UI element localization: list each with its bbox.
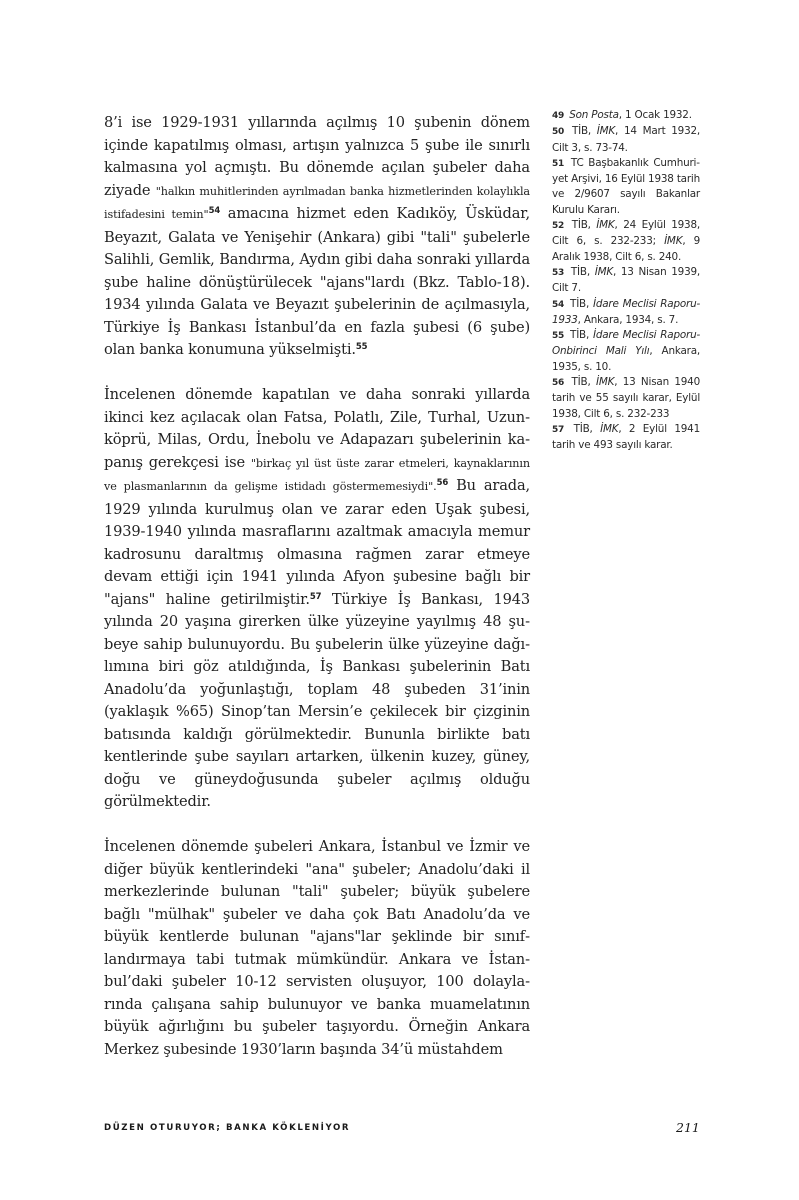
footnote-number: 53 xyxy=(552,268,564,278)
footnote-reference: 55 xyxy=(356,342,368,352)
footnote-number: 49 xyxy=(552,111,564,121)
footnote-reference: 56 xyxy=(437,478,449,488)
citation-title: İMK xyxy=(664,235,682,247)
footnote-number: 57 xyxy=(552,425,564,435)
footnote-reference: 54 xyxy=(209,206,221,216)
footnote-number: 50 xyxy=(552,127,564,137)
footnote-text: TİB, İdare Meclisi Rapo­ru-1933, Ankara,… xyxy=(552,298,700,326)
side-notes: 49 Son Posta, 1 Ocak 1932. 50 TİB, İMK, … xyxy=(552,108,700,454)
citation-title: İMK xyxy=(596,376,614,388)
footnote-number: 55 xyxy=(552,331,564,341)
paragraph: 8’i ise 1929-1931 yıllarında açılmış 10 … xyxy=(104,112,530,362)
footnote: 49 Son Posta, 1 Ocak 1932. xyxy=(552,108,700,124)
citation-title: İMK xyxy=(600,423,618,435)
citation-text: TİB, xyxy=(570,298,593,310)
footnote-reference: 57 xyxy=(310,592,322,602)
body-text: 8’i ise 1929-1931 yıllarında açılmış 10 … xyxy=(104,112,530,1084)
citation-text: TC Başbakanlık Cumhuri­yet Arşivi, 16 Ey… xyxy=(552,157,700,216)
citation-title: Son Posta xyxy=(569,109,619,121)
footnote-number: 56 xyxy=(552,378,564,388)
footnote-text: TİB, İMK, 13 Nisan 1940 tarih ve 55 sayı… xyxy=(552,376,700,420)
citation-text: TİB, xyxy=(571,266,595,278)
text-run: amacına hizmet eden Kadıköy, Üsküdar, Be… xyxy=(104,205,530,358)
footnote-text: TİB, İMK, 14 Mart 1932, Cilt 3, s. 73-74… xyxy=(552,125,700,153)
citation-text: TİB, xyxy=(570,329,593,341)
footnote-number: 54 xyxy=(552,300,564,310)
text-run: Bu arada, 1929 yılında kurulmuş olan ve … xyxy=(104,477,530,608)
footnote-text: TİB, İMK, 24 Eylül 1938, Cilt 6, s. 232-… xyxy=(552,219,700,263)
citation-title: İMK xyxy=(595,266,613,278)
running-title: DÜZEN OTURUYOR; BANKA KÖKLENİYOR xyxy=(104,1123,350,1133)
text-run: İncelenen dönemde şubeleri Ankara, İstan… xyxy=(104,838,530,1058)
citation-text: TİB, xyxy=(572,125,597,137)
page-number: 211 xyxy=(676,1120,700,1135)
footnote: 57 TİB, İMK, 2 Eylül 1941 tarih ve 493 s… xyxy=(552,422,700,454)
footnote-number: 52 xyxy=(552,221,564,231)
footnote: 53 TİB, İMK, 13 Nisan 1939, Cilt 7. xyxy=(552,265,700,297)
citation-title: İMK xyxy=(597,125,615,137)
footnote: 54 TİB, İdare Meclisi Rapo­ru-1933, Anka… xyxy=(552,297,700,329)
citation-text: , Ankara, 1934, s. 7. xyxy=(578,314,679,326)
paragraph: İncelenen dönemde kapatılan ve daha sonr… xyxy=(104,384,530,814)
footnote-text: TİB, İMK, 13 Nisan 1939, Cilt 7. xyxy=(552,266,700,294)
footnote-number: 51 xyxy=(552,159,564,169)
text-run: Türkiye İş Bankası, 1943 yılında 20 yaşı… xyxy=(104,591,530,811)
footnote-text: TİB, İMK, 2 Eylül 1941 tarih ve 493 sayı… xyxy=(552,423,700,451)
paragraph: İncelenen dönemde şubeleri Ankara, İstan… xyxy=(104,836,530,1061)
citation-title: İMK xyxy=(596,219,614,231)
footnote: 56 TİB, İMK, 13 Nisan 1940 tarih ve 55 s… xyxy=(552,375,700,422)
footnote: 51 TC Başbakanlık Cumhuri­yet Arşivi, 16… xyxy=(552,156,700,218)
footnote: 50 TİB, İMK, 14 Mart 1932, Cilt 3, s. 73… xyxy=(552,124,700,156)
citation-text: , 1 Ocak 1932. xyxy=(619,109,692,121)
footnote-text: TC Başbakanlık Cumhuri­yet Arşivi, 16 Ey… xyxy=(552,157,700,216)
footnote: 52 TİB, İMK, 24 Eylül 1938, Cilt 6, s. 2… xyxy=(552,218,700,265)
footnote-text: TİB, İdare Meclisi Rapo­ru-Onbirinci Mal… xyxy=(552,329,700,373)
citation-text: TİB, xyxy=(572,376,596,388)
citation-text: TİB, xyxy=(574,423,601,435)
citation-text: TİB, xyxy=(572,219,597,231)
footnote: 55 TİB, İdare Meclisi Rapo­ru-Onbirinci … xyxy=(552,328,700,375)
footnote-text: Son Posta, 1 Ocak 1932. xyxy=(569,109,692,121)
